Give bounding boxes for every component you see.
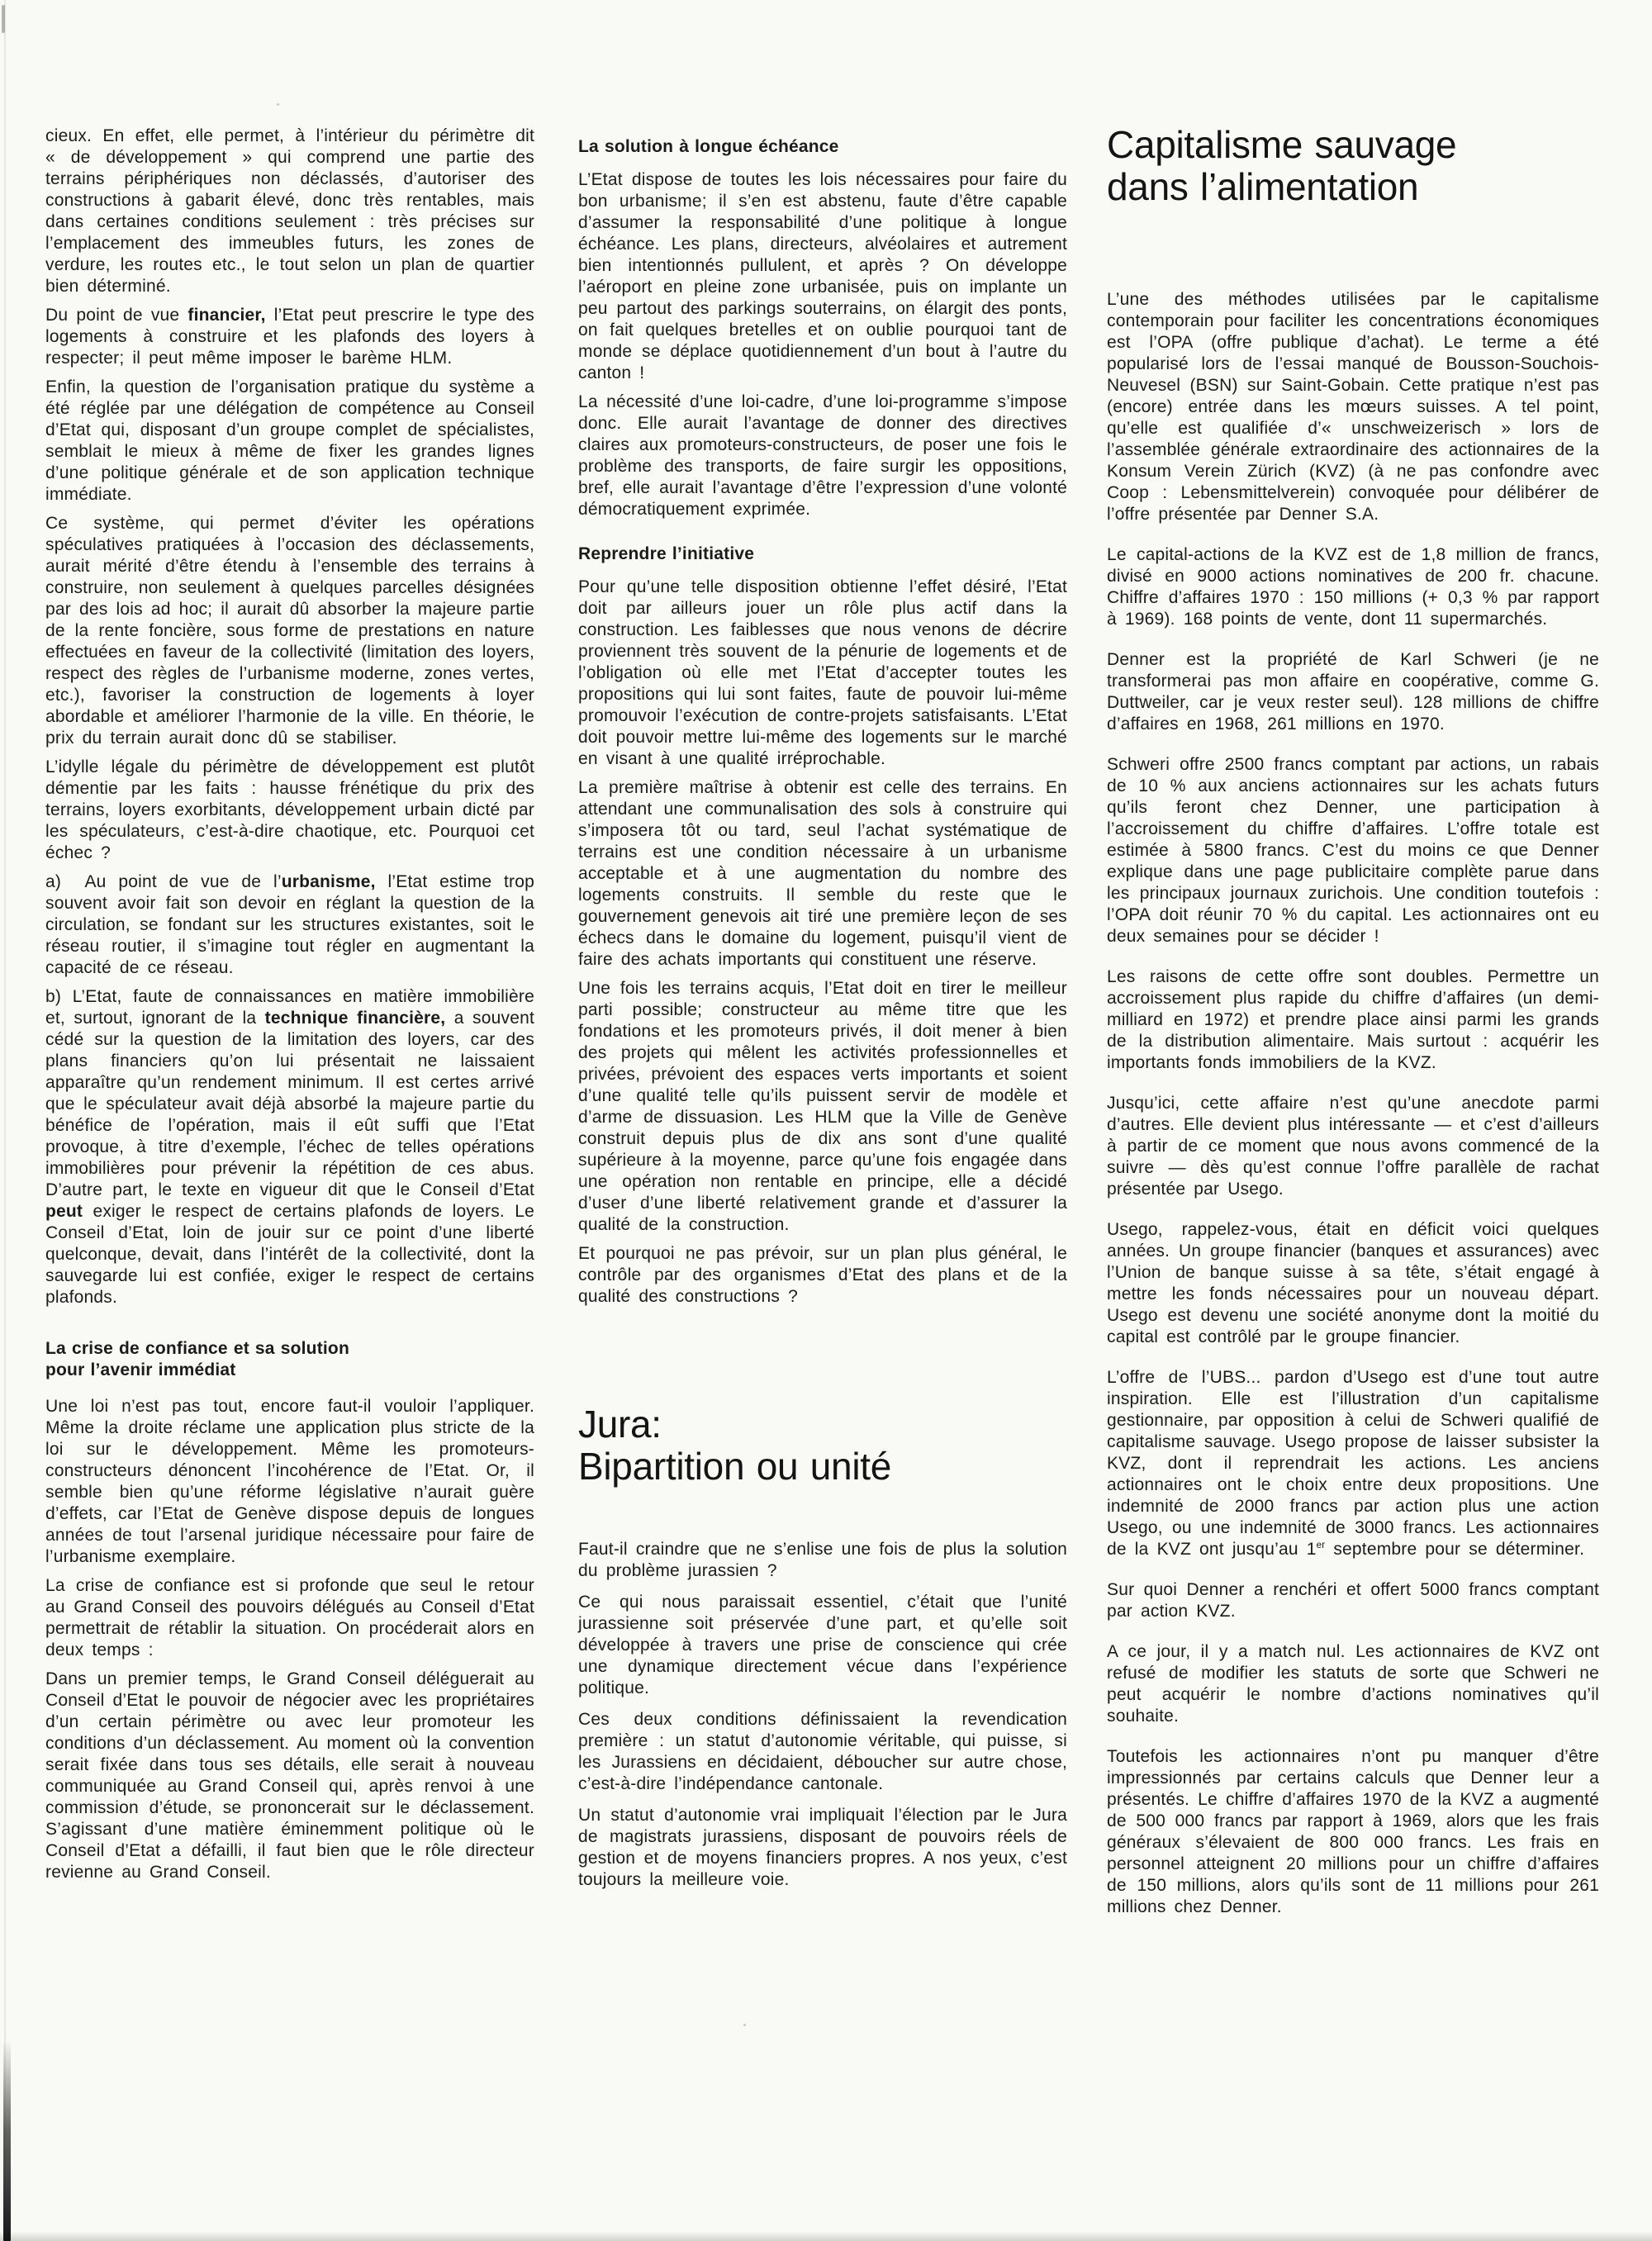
paragraph: Ce qui nous paraissait essentiel, c’étai… bbox=[578, 1592, 1067, 1699]
paragraph: A ce jour, il y a match nul. Les actionn… bbox=[1107, 1641, 1599, 1727]
scan-corner-mark bbox=[2, 5, 5, 33]
paragraph: b) L’Etat, faute de connaissances en mat… bbox=[45, 986, 534, 1308]
paragraph: Toutefois les actionnaires n’ont pu manq… bbox=[1107, 1746, 1599, 1918]
dust-speck bbox=[743, 2024, 746, 2026]
capitalisme-headline: Capitalisme sauvage dans l’alimentation bbox=[1107, 124, 1599, 208]
scan-edge-line bbox=[4, 0, 6, 2241]
column-right: Capitalisme sauvage dans l’alimentation … bbox=[1107, 124, 1599, 1937]
paragraph: Enfin, la question de l’organisation pra… bbox=[45, 377, 534, 506]
paragraph: Pour qu’une telle disposition obtienne l… bbox=[578, 577, 1067, 770]
paragraph: Et pourquoi ne pas prévoir, sur un plan … bbox=[578, 1243, 1067, 1308]
column-middle: La solution à longue échéance L’Etat dis… bbox=[578, 136, 1067, 1901]
paragraph: Les raisons de cette offre sont doubles.… bbox=[1107, 966, 1599, 1074]
paragraph: Un statut d’autonomie vrai impliquait l’… bbox=[578, 1805, 1067, 1891]
paragraph: a) Au point de vue de l’urbanisme, l’Eta… bbox=[45, 871, 534, 979]
capitalisme-headline-line1: Capitalisme sauvage bbox=[1107, 124, 1599, 166]
paragraph: Dans un premier temps, le Grand Conseil … bbox=[45, 1669, 534, 1883]
paragraph: La nécessité d’une loi-cadre, d’une loi-… bbox=[578, 392, 1067, 520]
paragraph: Faut-il craindre que ne s’enlise une foi… bbox=[578, 1539, 1067, 1582]
paragraph: Du point de vue financier, l’Etat peut p… bbox=[45, 305, 534, 369]
column-left: cieux. En effet, elle permet, à l’intéri… bbox=[45, 126, 534, 1891]
crisis-subheading-line1: La crise de confiance et sa solution bbox=[45, 1338, 534, 1360]
paragraph: Denner est la propriété de Karl Schweri … bbox=[1107, 649, 1599, 735]
long-term-subheading: La solution à longue échéance bbox=[578, 136, 1067, 158]
paragraph: Ces deux conditions définissaient la rev… bbox=[578, 1709, 1067, 1795]
scan-bottom-shade bbox=[0, 2231, 1652, 2241]
paragraph: Schweri offre 2500 francs comptant par a… bbox=[1107, 754, 1599, 947]
paragraph: Sur quoi Denner a renchéri et offert 500… bbox=[1107, 1579, 1599, 1622]
paragraph: L’Etat dispose de toutes les lois nécess… bbox=[578, 169, 1067, 384]
paragraph: Ce système, qui permet d’éviter les opér… bbox=[45, 513, 534, 749]
paragraph: L’une des méthodes utilisées par le capi… bbox=[1107, 289, 1599, 525]
paragraph: La première maîtrise à obtenir est celle… bbox=[578, 777, 1067, 971]
paragraph: La crise de confiance est si profonde qu… bbox=[45, 1575, 534, 1661]
paragraph: Jusqu’ici, cette affaire n’est qu’une an… bbox=[1107, 1093, 1599, 1200]
paragraph: L’idylle légale du périmètre de développ… bbox=[45, 757, 534, 864]
scan-gutter-bar bbox=[3, 2040, 11, 2241]
jura-article: Jura: Bipartition ou unité Faut-il crain… bbox=[578, 1403, 1067, 1891]
initiative-subheading: Reprendre l’initiative bbox=[578, 544, 1067, 565]
crisis-subheading-line2: pour l’avenir immédiat bbox=[45, 1360, 534, 1381]
dust-speck bbox=[277, 103, 279, 106]
newspaper-page: cieux. En effet, elle permet, à l’intéri… bbox=[0, 0, 1652, 2241]
jura-headline: Jura: Bipartition ou unité bbox=[578, 1403, 1067, 1488]
paragraph: Usego, rappelez-vous, était en déficit v… bbox=[1107, 1219, 1599, 1348]
capitalisme-headline-line2: dans l’alimentation bbox=[1107, 166, 1599, 208]
crisis-subheading: La crise de confiance et sa solution pou… bbox=[45, 1338, 534, 1381]
paragraph: Une fois les terrains acquis, l’Etat doi… bbox=[578, 978, 1067, 1236]
jura-headline-line2: Bipartition ou unité bbox=[578, 1446, 1067, 1488]
paragraph: L’offre de l’UBS... pardon d’Usego est d… bbox=[1107, 1367, 1599, 1560]
paragraph: Une loi n’est pas tout, encore faut-il v… bbox=[45, 1396, 534, 1568]
jura-headline-line1: Jura: bbox=[578, 1403, 1067, 1446]
paragraph: cieux. En effet, elle permet, à l’intéri… bbox=[45, 126, 534, 297]
paragraph: Le capital-actions de la KVZ est de 1,8 … bbox=[1107, 544, 1599, 630]
